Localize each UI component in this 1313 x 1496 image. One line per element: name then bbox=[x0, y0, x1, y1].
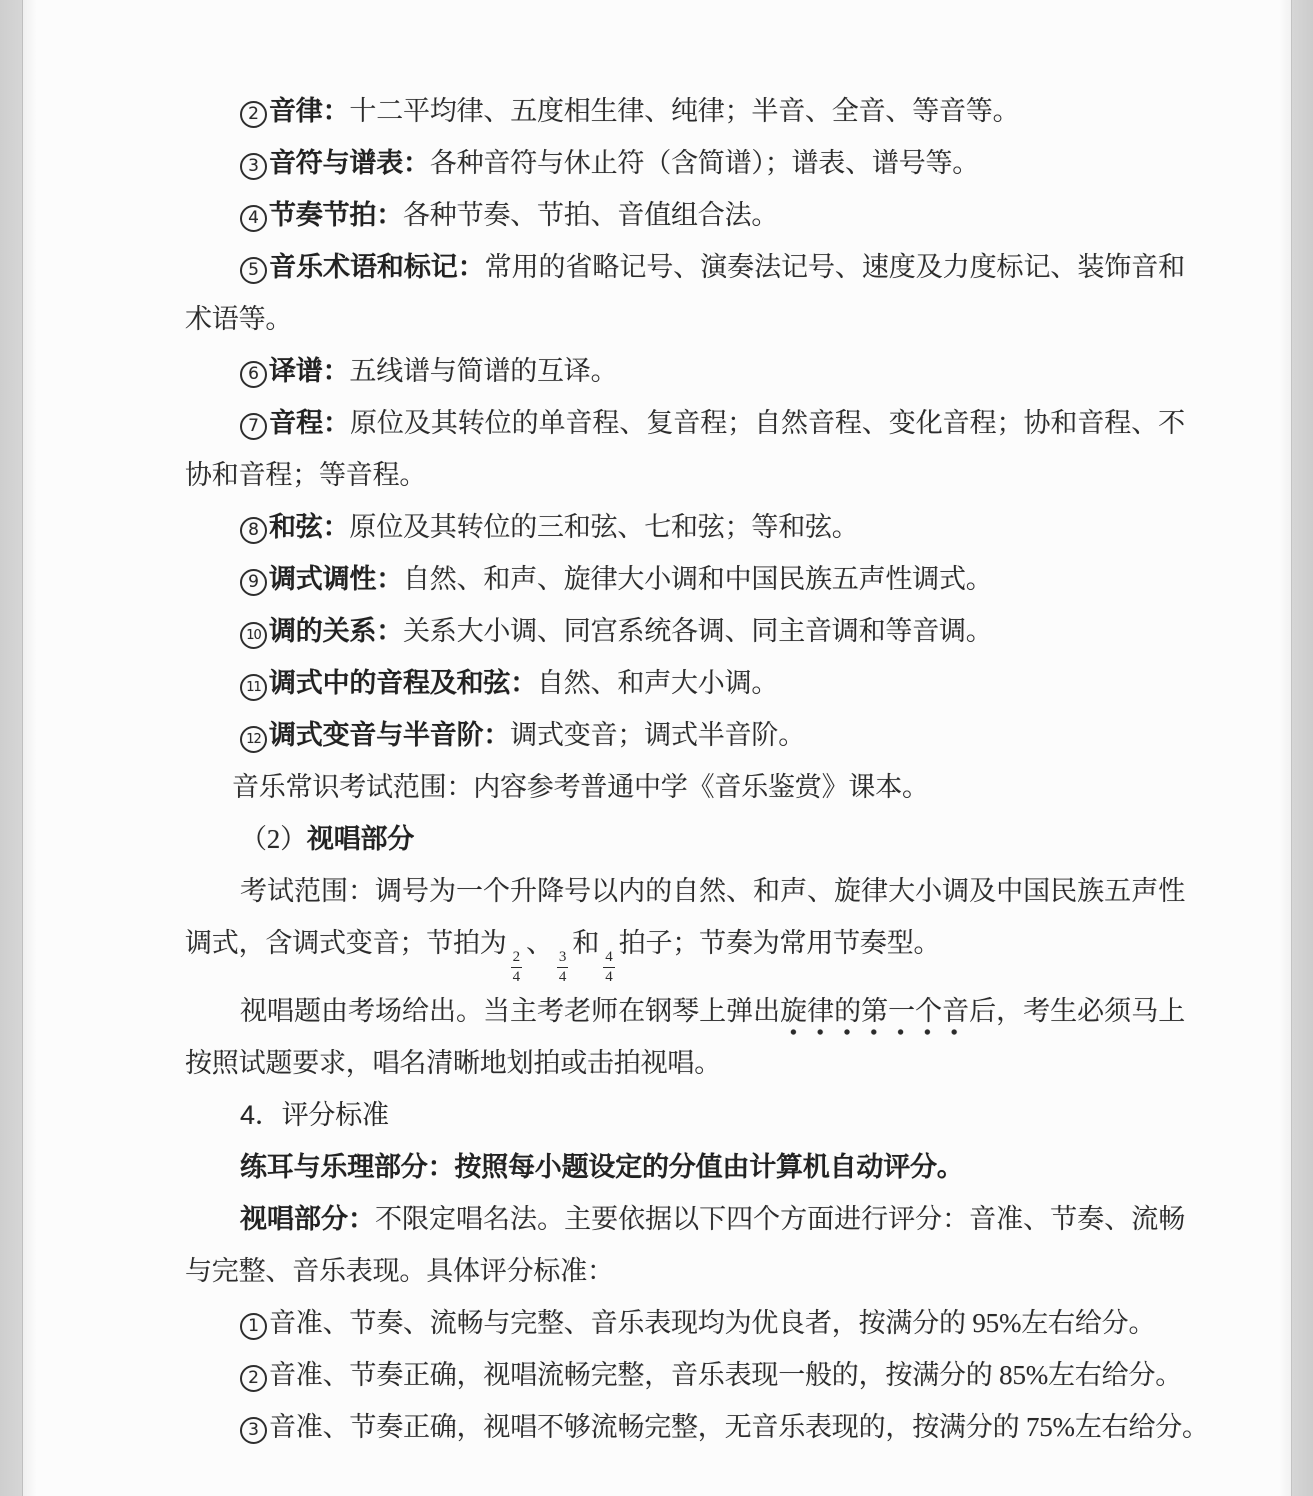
text-segment: 五线谱与简谱的互译。 bbox=[349, 356, 617, 386]
text-segment: 音准、节奏正确，视唱不够流畅完整，无音乐表现的，按满分的 75%左右给分。 bbox=[269, 1412, 1209, 1442]
bold-label: 译谱： bbox=[269, 356, 349, 386]
circled-number: 2 bbox=[240, 1365, 267, 1392]
text-line-16: 考试范围：调号为一个升降号以内的自然、和声、旋律大小调及中国民族五声性 bbox=[185, 865, 1185, 917]
bold-label: 调的关系： bbox=[269, 616, 403, 646]
fraction-numerator: 3 bbox=[557, 950, 569, 967]
text-line-9: 8和弦：原位及其转位的三和弦、七和弦；等和弦。 bbox=[185, 501, 1185, 553]
document-page: 2音律：十二平均律、五度相生律、纯律；半音、全音、等音等。3音符与谱表：各种音符… bbox=[0, 0, 1313, 1496]
text-segment: 考试范围：调号为一个升降号以内的自然、和声、旋律大小调及中国民族五声性 bbox=[240, 876, 1185, 906]
bold-label: 调式中的音程及和弦： bbox=[269, 668, 537, 698]
fraction-denominator: 4 bbox=[511, 967, 523, 985]
text-column: 2音律：十二平均律、五度相生律、纯律；半音、全音、等音等。3音符与谱表：各种音符… bbox=[185, 85, 1185, 1453]
time-signature-fraction: 34 bbox=[557, 950, 569, 985]
text-line-11: 10调的关系：关系大小调、同宫系统各调、同主音调和等音调。 bbox=[185, 605, 1185, 657]
text-segment: 音准、节奏正确，视唱流畅完整，音乐表现一般的，按满分的 85%左右给分。 bbox=[269, 1360, 1182, 1390]
text-segment: 常用的省略记号、演奏法记号、速度及力度标记、装饰音和 bbox=[485, 252, 1185, 282]
circled-number: 3 bbox=[240, 153, 267, 180]
text-line-4: 5音乐术语和标记：常用的省略记号、演奏法记号、速度及力度标记、装饰音和 bbox=[185, 241, 1185, 293]
text-segment: 各种节奏、节拍、音值组合法。 bbox=[403, 200, 778, 230]
text-line-2: 3音符与谱表：各种音符与休止符（含简谱）；谱表、谱号等。 bbox=[185, 137, 1185, 189]
bold-label: 调式变音与半音阶： bbox=[269, 720, 510, 750]
time-signature-fraction: 24 bbox=[511, 950, 523, 985]
fraction-denominator: 4 bbox=[557, 967, 569, 985]
emphasized-text: 旋律的第一个音 bbox=[780, 996, 969, 1035]
text-segment: 协和音程；等音程。 bbox=[185, 460, 426, 490]
text-segment: 和 bbox=[572, 928, 599, 958]
text-segment: 后，考生必须马上 bbox=[969, 996, 1185, 1026]
text-segment: 与完整、音乐表现。具体评分标准： bbox=[185, 1256, 614, 1286]
text-segment: 自然、和声大小调。 bbox=[537, 668, 778, 698]
text-segment: 视唱题由考场给出。当主考老师在钢琴上弹出 bbox=[240, 996, 780, 1026]
text-segment: 原位及其转位的单音程、复音程；自然音程、变化音程；协和音程、不 bbox=[350, 408, 1185, 438]
text-segment: 原位及其转位的三和弦、七和弦；等和弦。 bbox=[349, 512, 858, 542]
text-line-18: 视唱题由考场给出。当主考老师在钢琴上弹出旋律的第一个音后，考生必须马上 bbox=[185, 985, 1185, 1037]
text-line-12: 11调式中的音程及和弦：自然、和声大小调。 bbox=[185, 657, 1185, 709]
text-segment: 按照试题要求，唱名清晰地划拍或击拍视唱。 bbox=[185, 1048, 721, 1078]
bold-label: 练耳与乐理部分：按照每小题设定的分值由计算机自动评分。 bbox=[240, 1152, 964, 1182]
bold-label: 音乐术语和标记： bbox=[269, 252, 485, 282]
text-line-23: 与完整、音乐表现。具体评分标准： bbox=[185, 1245, 1185, 1297]
time-signature-fraction: 44 bbox=[603, 950, 615, 985]
bold-label: 音符与谱表： bbox=[269, 148, 430, 178]
circled-number: 10 bbox=[240, 622, 267, 649]
circled-number: 12 bbox=[240, 726, 267, 753]
text-segment: 不限定唱名法。主要依据以下四个方面进行评分：音准、节奏、流畅 bbox=[375, 1204, 1185, 1234]
text-line-5: 术语等。 bbox=[185, 293, 1185, 345]
text-line-17: 调式，含调式变音；节拍为24、34和44拍子；节奏为常用节奏型。 bbox=[185, 917, 1185, 985]
scan-edge-left bbox=[0, 0, 23, 1496]
heading-text: 4．评分标准 bbox=[240, 1100, 389, 1130]
text-line-14: 音乐常识考试范围：内容参考普通中学《音乐鉴赏》课本。 bbox=[185, 761, 1185, 813]
bold-label: 音程： bbox=[269, 408, 350, 438]
circled-number: 3 bbox=[240, 1417, 267, 1444]
text-line-13: 12调式变音与半音阶：调式变音；调式半音阶。 bbox=[185, 709, 1185, 761]
text-line-8: 协和音程；等音程。 bbox=[185, 449, 1185, 501]
text-segment: 关系大小调、同宫系统各调、同主音调和等音调。 bbox=[403, 616, 993, 646]
circled-number: 11 bbox=[240, 674, 267, 701]
text-segment: 音乐常识考试范围：内容参考普通中学《音乐鉴赏》课本。 bbox=[232, 772, 929, 802]
scan-edge-right bbox=[1291, 0, 1313, 1496]
text-line-6: 6译谱：五线谱与简谱的互译。 bbox=[185, 345, 1185, 397]
text-line-26: 3音准、节奏正确，视唱不够流畅完整，无音乐表现的，按满分的 75%左右给分。 bbox=[185, 1401, 1185, 1453]
circled-number: 9 bbox=[240, 569, 267, 596]
text-segment: 调式变音；调式半音阶。 bbox=[510, 720, 805, 750]
bold-label: 视唱部分： bbox=[240, 1204, 375, 1234]
text-segment: （2） bbox=[240, 824, 307, 854]
text-line-22: 视唱部分：不限定唱名法。主要依据以下四个方面进行评分：音准、节奏、流畅 bbox=[185, 1193, 1185, 1245]
page-shadow-left bbox=[23, 0, 37, 1496]
circled-number: 4 bbox=[240, 205, 267, 232]
text-line-19: 按照试题要求，唱名清晰地划拍或击拍视唱。 bbox=[185, 1037, 1185, 1089]
bold-label: 视唱部分 bbox=[307, 824, 414, 854]
text-segment: 音准、节奏、流畅与完整、音乐表现均为优良者，按满分的 95%左右给分。 bbox=[269, 1308, 1155, 1338]
bold-label: 和弦： bbox=[269, 512, 349, 542]
text-segment: 术语等。 bbox=[185, 304, 292, 334]
fraction-numerator: 4 bbox=[603, 950, 615, 967]
fraction-denominator: 4 bbox=[603, 967, 615, 985]
bold-label: 节奏节拍： bbox=[269, 200, 403, 230]
circled-number: 2 bbox=[240, 101, 267, 128]
circled-number: 1 bbox=[240, 1313, 267, 1340]
bold-label: 音律： bbox=[269, 96, 349, 126]
bold-label: 调式调性： bbox=[269, 564, 403, 594]
text-line-10: 9调式调性：自然、和声、旋律大小调和中国民族五声性调式。 bbox=[185, 553, 1185, 605]
circled-number: 5 bbox=[240, 257, 267, 284]
circled-number: 6 bbox=[240, 361, 267, 388]
text-line-1: 2音律：十二平均律、五度相生律、纯律；半音、全音、等音等。 bbox=[185, 85, 1185, 137]
text-segment: 各种音符与休止符（含简谱）；谱表、谱号等。 bbox=[430, 148, 979, 178]
text-segment: 、 bbox=[526, 928, 553, 958]
text-line-3: 4节奏节拍：各种节奏、节拍、音值组合法。 bbox=[185, 189, 1185, 241]
text-line-21: 练耳与乐理部分：按照每小题设定的分值由计算机自动评分。 bbox=[185, 1141, 1185, 1193]
circled-number: 7 bbox=[240, 413, 267, 440]
text-line-7: 7音程：原位及其转位的单音程、复音程；自然音程、变化音程；协和音程、不 bbox=[185, 397, 1185, 449]
text-line-15: （2）视唱部分 bbox=[185, 813, 1185, 865]
text-segment: 自然、和声、旋律大小调和中国民族五声性调式。 bbox=[403, 564, 993, 594]
text-line-25: 2音准、节奏正确，视唱流畅完整，音乐表现一般的，按满分的 85%左右给分。 bbox=[185, 1349, 1185, 1401]
text-line-20: 4．评分标准 bbox=[185, 1089, 1185, 1141]
text-segment: 调式，含调式变音；节拍为 bbox=[185, 928, 507, 958]
circled-number: 8 bbox=[240, 517, 267, 544]
page-shadow-right bbox=[1279, 0, 1291, 1496]
text-segment: 十二平均律、五度相生律、纯律；半音、全音、等音等。 bbox=[349, 96, 1019, 126]
text-segment: 拍子；节奏为常用节奏型。 bbox=[619, 928, 941, 958]
fraction-numerator: 2 bbox=[511, 950, 523, 967]
text-line-24: 1音准、节奏、流畅与完整、音乐表现均为优良者，按满分的 95%左右给分。 bbox=[185, 1297, 1185, 1349]
